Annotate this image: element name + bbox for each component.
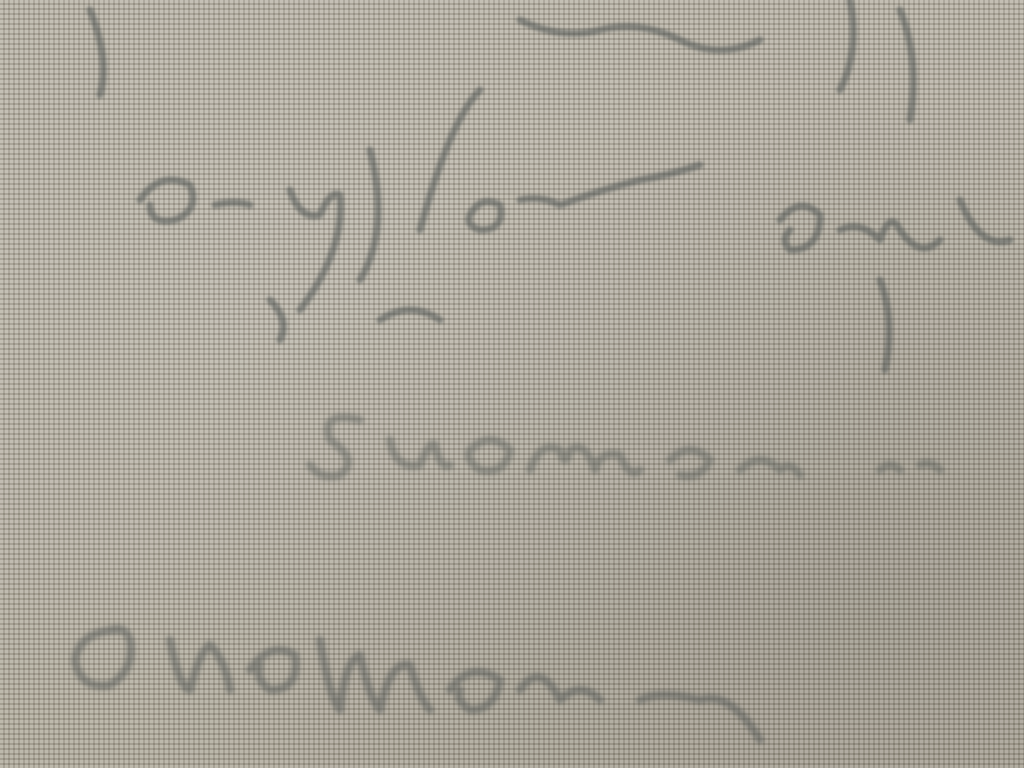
linen-photo: …a-yor ehu Suom.a.n onamar [0,0,1024,768]
